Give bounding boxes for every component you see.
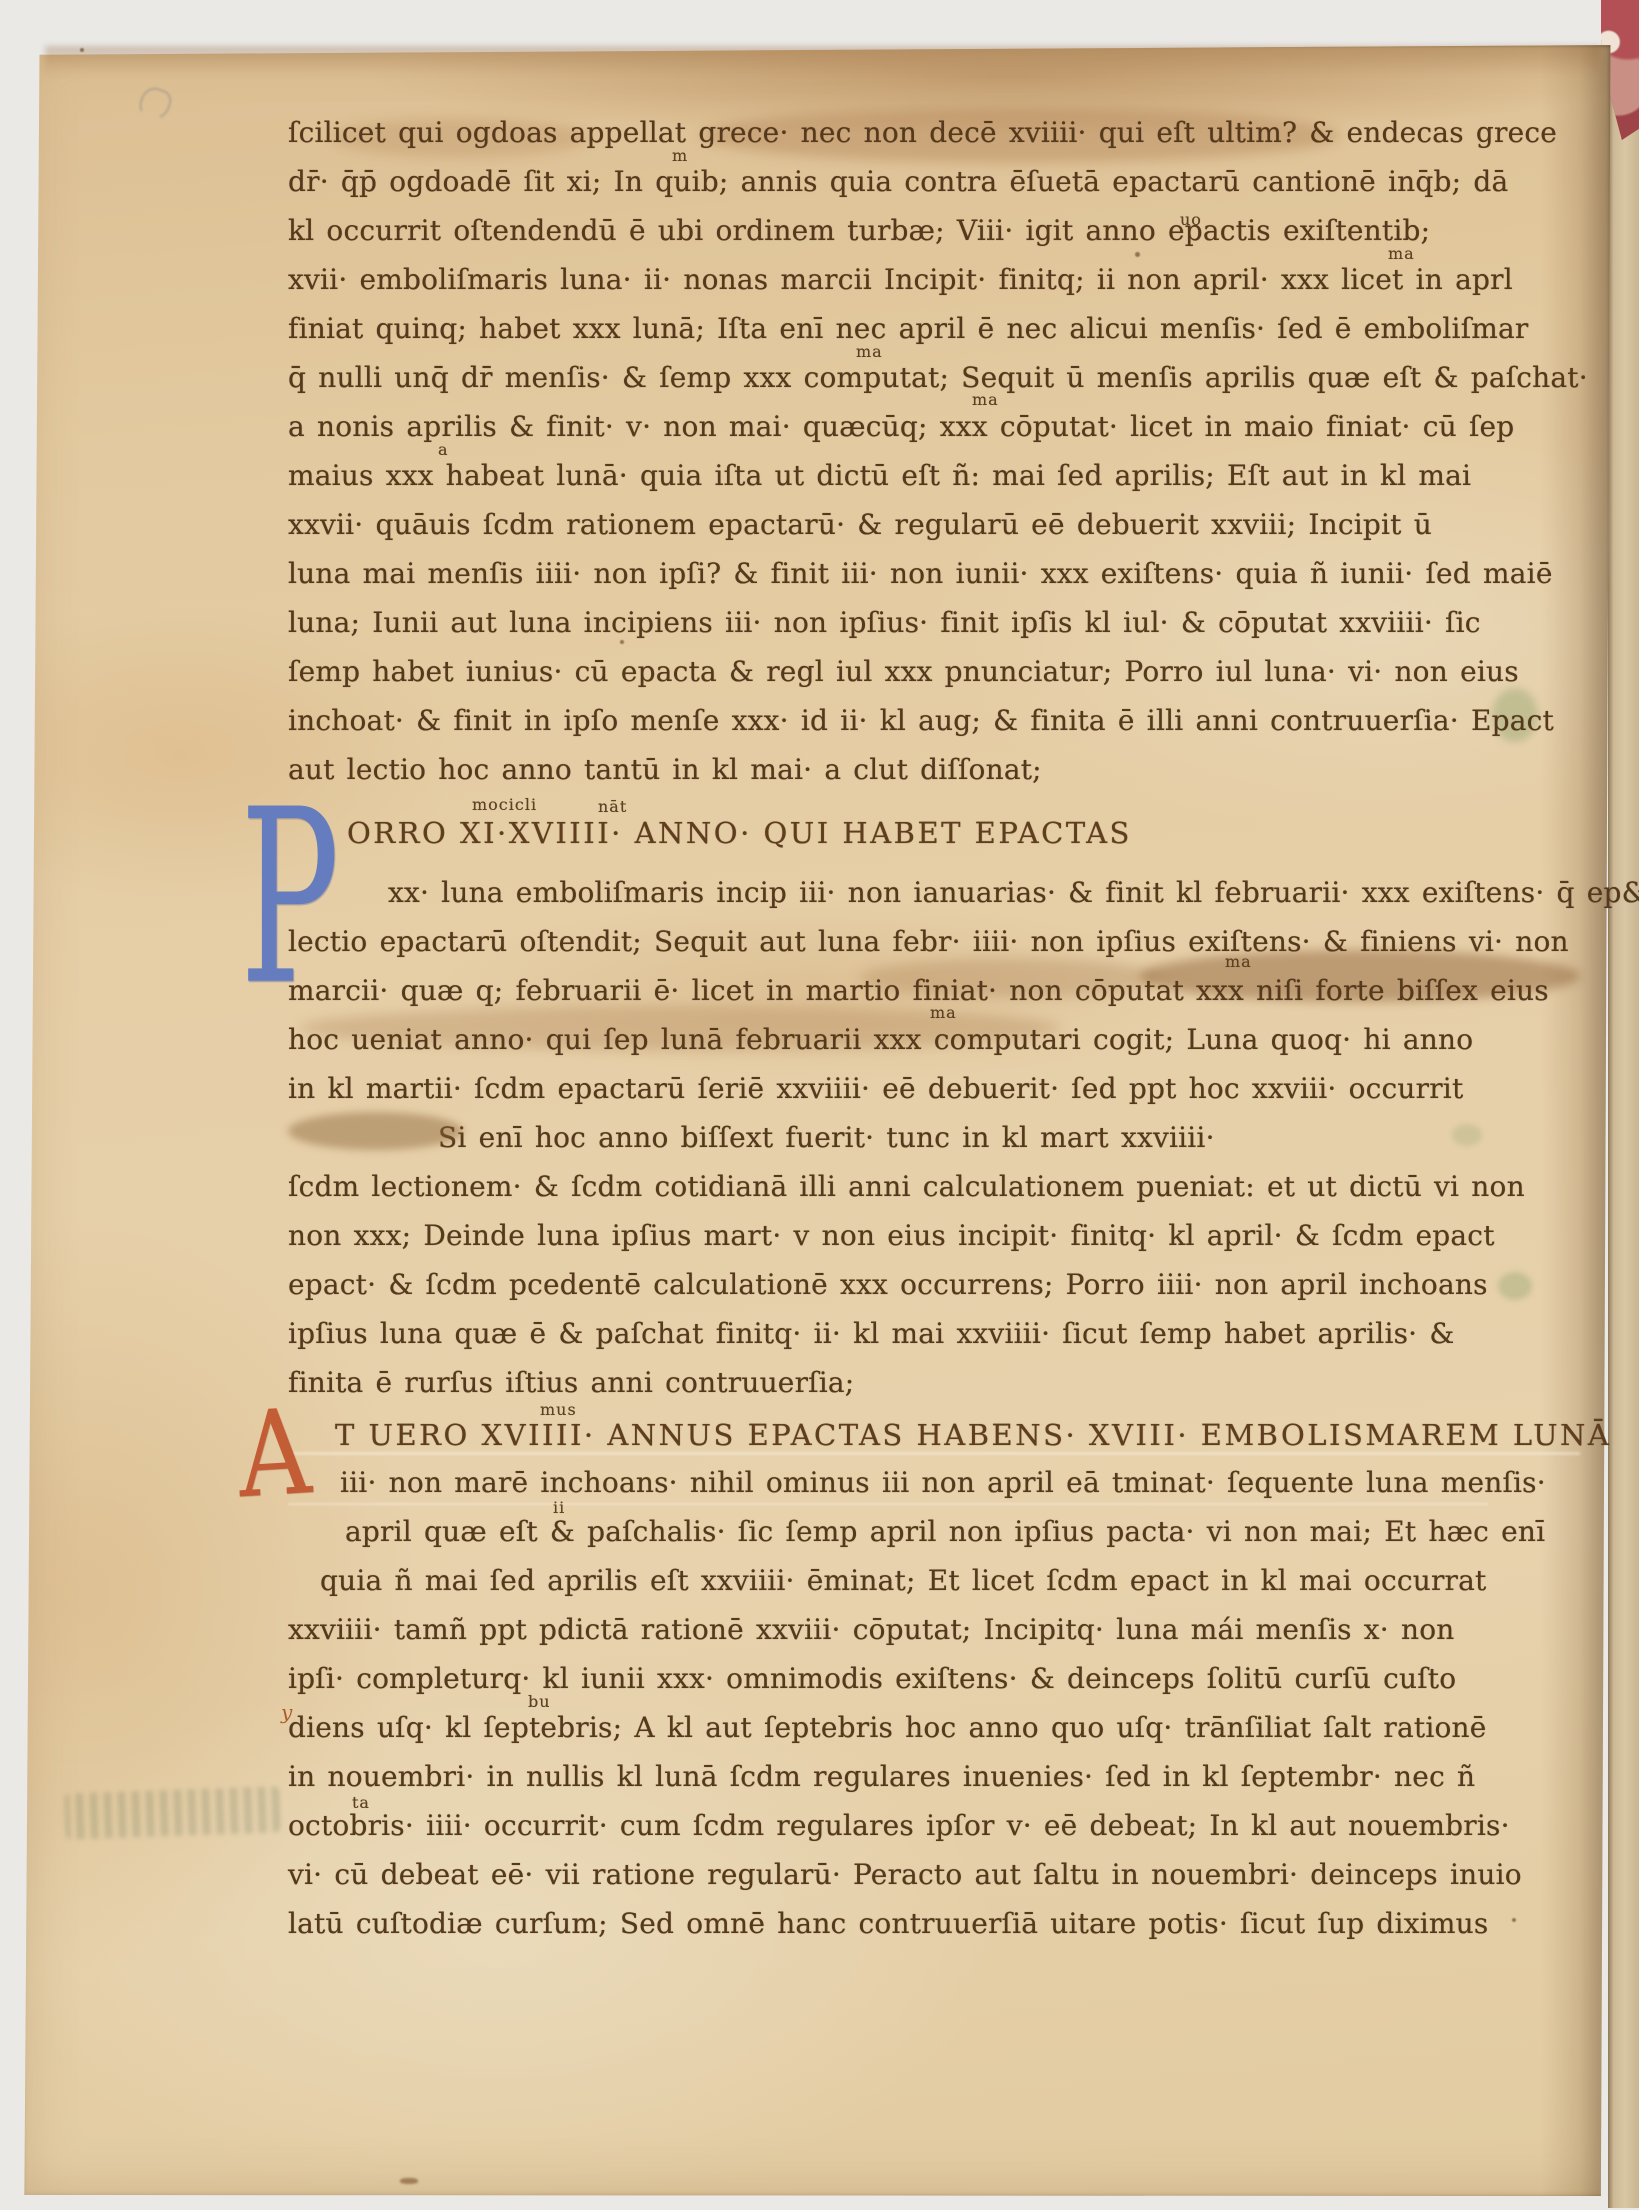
text-line: non xxx; Deinde luna ipſius mart· v non … [288, 1211, 1639, 1260]
section-heading-2: T UERO XVIIII· ANNUS EPACTAS HABENS· XVI… [335, 1418, 1611, 1452]
interlinear-gloss: ma [856, 342, 883, 361]
text-line: marcii· quæ q; februarii ē· licet in mar… [288, 966, 1639, 1015]
text-line: epact· & ſcdm pcedentē calculationē xxx … [288, 1260, 1639, 1309]
marginal-mark: y [281, 1700, 292, 1724]
text-line: finita ē rurſus iſtius anni contruuerſia… [288, 1358, 1639, 1407]
text-line: a nonis aprilis & finit· v· non mai· quæ… [288, 402, 1588, 451]
text-line: xx· luna emboliſmaris incip iii· non ian… [388, 868, 1639, 917]
paragraph-2: xx· luna emboliſmaris incip iii· non ian… [288, 868, 1639, 1407]
text-line: in kl martii· ſcdm epactarū ſeriē xxviii… [288, 1064, 1639, 1113]
interlinear-gloss: ma [1225, 952, 1252, 971]
interlinear-gloss: ta [352, 1793, 370, 1812]
text-line: maius xxx habeat lunā· quia iſta ut dict… [288, 451, 1588, 500]
text-line: ipſius luna quæ ē & paſchat finitq· ii· … [288, 1309, 1639, 1358]
text-line: q̄ nulli unq̄ dr̄ menſis· & ſemp xxx com… [288, 353, 1588, 402]
manuscript-photo: ſcilicet qui ogdoas appellat grece· nec … [0, 0, 1639, 2210]
text-line: ipſi· completurq· kl iunii xxx· omnimodi… [288, 1654, 1546, 1703]
interlinear-gloss: mus [540, 1400, 577, 1419]
text-line: ſemp habet iunius· cū epacta & regl iul … [288, 647, 1588, 696]
interlinear-gloss: nāt [598, 797, 627, 816]
text-line: quia ñ mai ſed aprilis eſt xxviiii· ēmin… [320, 1556, 1546, 1605]
interlinear-gloss: m [672, 146, 688, 165]
interlinear-gloss: ma [930, 1003, 957, 1022]
text-line: inchoat· & finit in ipſo menſe xxx· id i… [288, 696, 1588, 745]
text-line: xxvii· quāuis ſcdm rationem epactarū· & … [288, 500, 1588, 549]
text-line: vi· cū debeat eē· vii ratione regularū· … [288, 1850, 1546, 1899]
text-line: luna; Iunii aut luna incipiens iii· non … [288, 598, 1588, 647]
ink-speck [80, 48, 84, 52]
text-line: dr̄· q̄p̄ ogdoadē ſit xi; In quib; annis… [288, 157, 1588, 206]
section-heading-1: ORRO XI·XVIIII· ANNO· QUI HABET EPACTAS [347, 816, 1132, 850]
text-line: xxviiii· tamñ ppt pdictā rationē xxviii·… [288, 1605, 1546, 1654]
text-line: luna mai menſis iiii· non ipſi? & finit … [288, 549, 1588, 598]
text-line: april quæ eſt & paſchalis· ſic ſemp apri… [345, 1507, 1546, 1556]
interlinear-gloss: ma [972, 390, 999, 409]
text-line: iii· non marē inchoans· nihil ominus iii… [340, 1458, 1546, 1507]
paragraph-1: ſcilicet qui ogdoas appellat grece· nec … [288, 108, 1588, 794]
parchment-crease [290, 1452, 1580, 1455]
text-line: Si enī hoc anno biſſext fuerit· tunc in … [438, 1113, 1639, 1162]
interlinear-gloss: a [438, 440, 449, 459]
interlinear-gloss: mocicli [472, 795, 537, 814]
ink-speck [400, 2178, 418, 2184]
text-line: lectio epactarū oſtendit; Sequit aut lun… [288, 917, 1639, 966]
text-line: in nouembri· in nullis kl lunā ſcdm regu… [288, 1752, 1546, 1801]
paragraph-3: iii· non marē inchoans· nihil ominus iii… [288, 1458, 1546, 1948]
text-line: latū cuſtodiæ curſum; Sed omnē hanc cont… [288, 1899, 1546, 1948]
text-line: hoc ueniat anno· qui ſep lunā februarii … [288, 1015, 1639, 1064]
interlinear-gloss: ma [1388, 244, 1415, 263]
text-line: diens uſq· kl ſeptebris; A kl aut ſepteb… [288, 1703, 1546, 1752]
text-line: octobris· iiii· occurrit· cum ſcdm regul… [288, 1801, 1546, 1850]
text-line: finiat quinq; habet xxx lunā; Iſta enī n… [288, 304, 1588, 353]
interlinear-gloss: uo [1180, 210, 1202, 229]
stamp-showthrough [64, 1786, 280, 1839]
interlinear-gloss: ii [553, 1498, 565, 1517]
text-line: ſcdm lectionem· & ſcdm cotidianā illi an… [288, 1162, 1639, 1211]
text-line: aut lectio hoc anno tantū in kl mai· a c… [288, 745, 1588, 794]
interlinear-gloss: bu [528, 1692, 551, 1711]
text-line: ſcilicet qui ogdoas appellat grece· nec … [288, 108, 1588, 157]
